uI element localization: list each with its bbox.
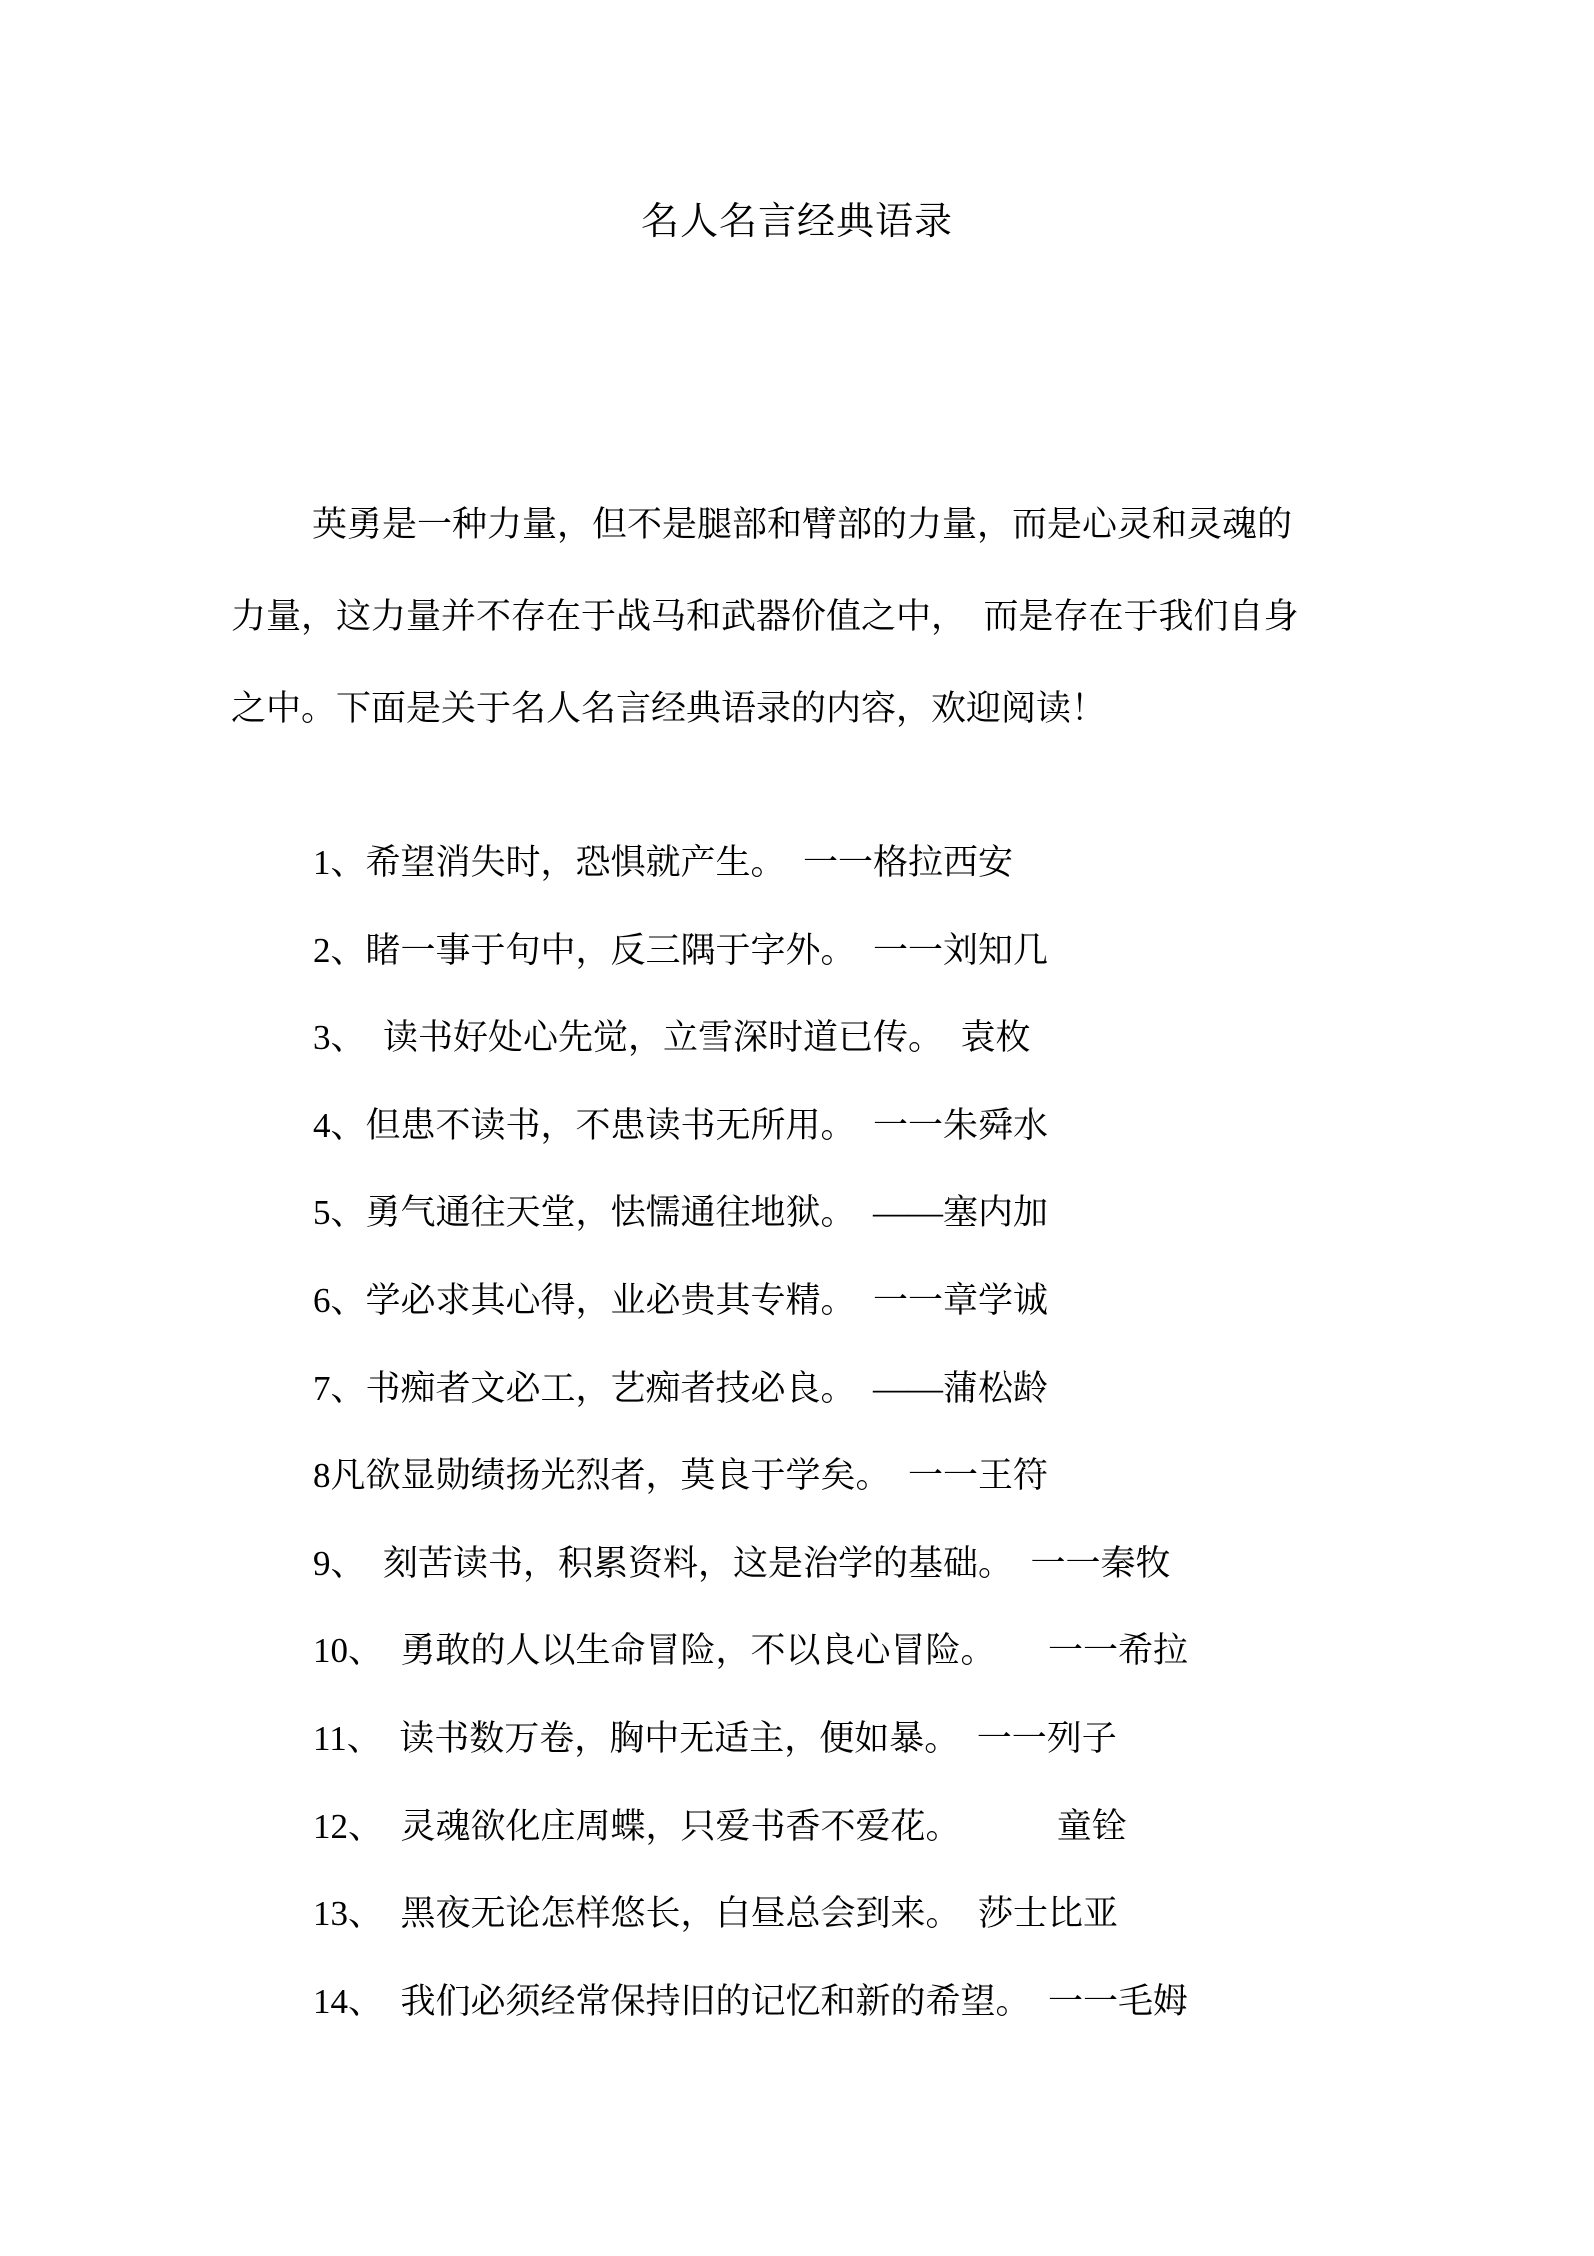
quote-item-7: 7、书痴者文必工，艺痴者技必良。 ——蒲松龄	[313, 1345, 1413, 1433]
quote-item-14: 14、 我们必须经常保持旧的记忆和新的希望。 一一毛姆	[313, 1958, 1413, 2046]
quote-item-3: 3、 读书好处心先觉，立雪深时道已传。 袁枚	[313, 994, 1413, 1082]
paragraph-line: 英勇是一种力量，但不是腿部和臂部的力量，而是心灵和灵魂的	[231, 479, 1391, 571]
paragraph-line: 力量，这力量并不存在于战马和武器价值之中， 而是存在于我们自身	[231, 571, 1391, 663]
quote-item-6: 6、学必求其心得，业必贵其专精。 一一章学诚	[313, 1257, 1413, 1345]
quote-item-1: 1、希望消失时，恐惧就产生。 一一格拉西安	[313, 819, 1413, 907]
page-title: 名人名言经典语录	[0, 196, 1594, 248]
quote-list: 1、希望消失时，恐惧就产生。 一一格拉西安 2、睹一事于句中，反三隅于字外。 一…	[313, 819, 1413, 2045]
quote-item-11: 11、 读书数万卷，胸中无适主，便如暴。 一一列子	[313, 1695, 1413, 1783]
quote-item-8: 8凡欲显勋绩扬光烈者，莫良于学矣。 一一王符	[313, 1432, 1413, 1520]
quote-item-10: 10、 勇敢的人以生命冒险，不以良心冒险。 一一希拉	[313, 1607, 1413, 1695]
quote-item-13: 13、 黑夜无论怎样悠长，白昼总会到来。 莎士比亚	[313, 1870, 1413, 1958]
document-page: 名人名言经典语录 英勇是一种力量，但不是腿部和臂部的力量，而是心灵和灵魂的 力量…	[0, 0, 1594, 2256]
quote-item-2: 2、睹一事于句中，反三隅于字外。 一一刘知几	[313, 907, 1413, 995]
quote-item-9: 9、 刻苦读书，积累资料，这是治学的基础。 一一秦牧	[313, 1520, 1413, 1608]
intro-paragraph: 英勇是一种力量，但不是腿部和臂部的力量，而是心灵和灵魂的 力量，这力量并不存在于…	[231, 479, 1391, 755]
quote-item-5: 5、勇气通往天堂，怯懦通往地狱。 ——塞内加	[313, 1169, 1413, 1257]
quote-item-12: 12、 灵魂欲化庄周蝶，只爱书香不爱花。 童铨	[313, 1783, 1413, 1871]
paragraph-line: 之中。下面是关于名人名言经典语录的内容，欢迎阅读！	[231, 663, 1391, 755]
quote-item-4: 4、但患不读书，不患读书无所用。 一一朱舜水	[313, 1082, 1413, 1170]
